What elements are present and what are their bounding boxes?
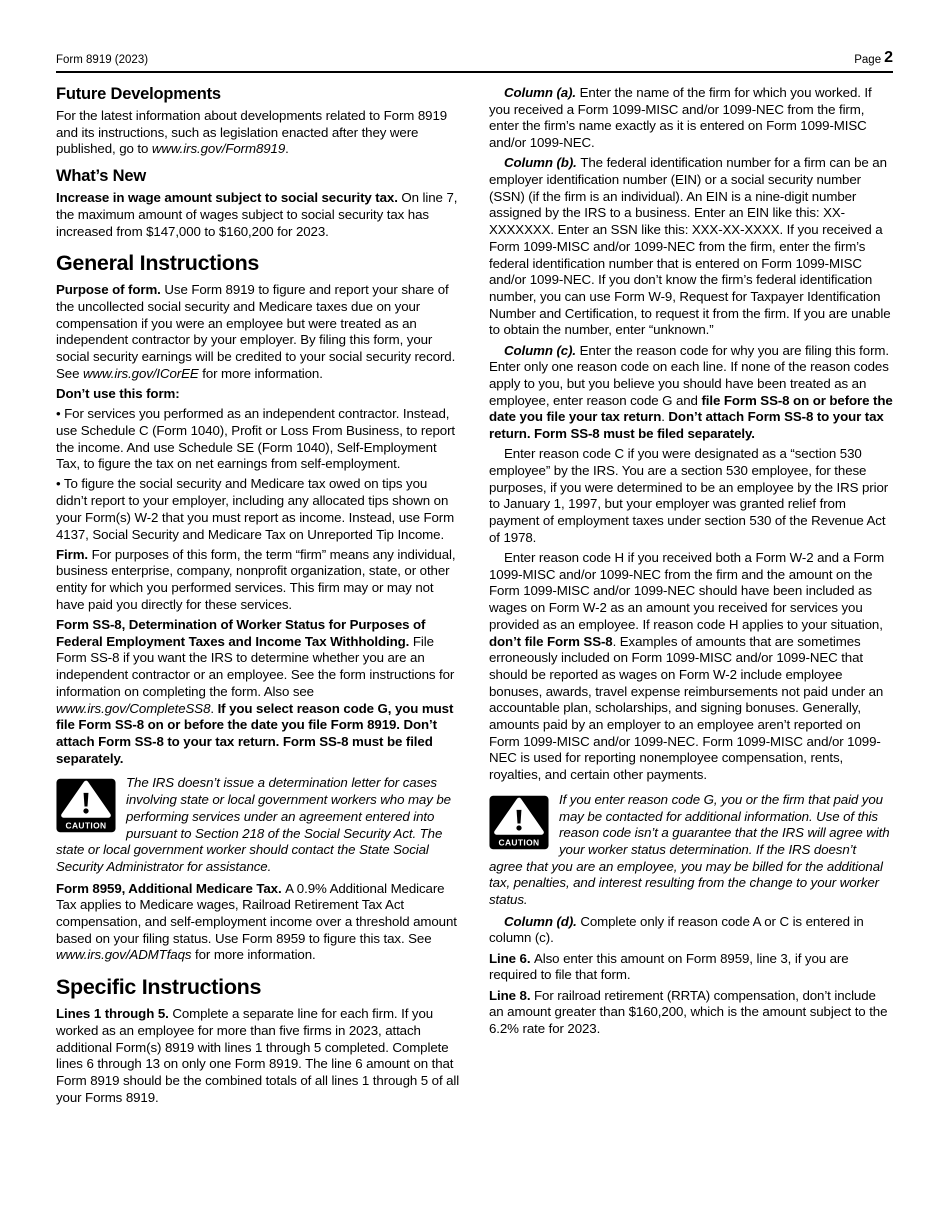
paragraph: Column (d). Complete only if reason code…	[489, 914, 893, 947]
paragraph: Column (b). The federal identification n…	[489, 155, 893, 339]
paragraph: Lines 1 through 5. Complete a separate l…	[56, 1006, 460, 1106]
text-segment: • To figure the social security and Medi…	[56, 476, 454, 541]
form-id: Form 8919 (2023)	[56, 54, 148, 66]
text-segment: For purposes of this form, the term “fir…	[56, 547, 455, 612]
url-text: www.irs.gov/CompleteSS8	[56, 701, 210, 716]
caution-note: CAUTIONIf you enter reason code G, you o…	[489, 792, 893, 909]
url-text: www.irs.gov/ICorEE	[83, 366, 199, 381]
paragraph: Form SS-8, Determination of Worker Statu…	[56, 617, 460, 767]
text-segment: • For services you performed as an indep…	[56, 406, 455, 471]
text-segment: Also enter this amount on Form 8959, lin…	[489, 951, 849, 983]
paragraph: Column (c). Enter the reason code for wh…	[489, 343, 893, 443]
paragraph: Purpose of form. Use Form 8919 to figure…	[56, 282, 460, 382]
paragraph: Form 8959, Additional Medicare Tax. A 0.…	[56, 881, 460, 965]
caution-note: CAUTIONThe IRS doesn’t issue a determina…	[56, 775, 460, 875]
paragraph: Column (a). Enter the name of the firm f…	[489, 85, 893, 152]
svg-text:CAUTION: CAUTION	[499, 837, 540, 847]
text-segment: Don’t use this form:	[56, 386, 180, 401]
text-segment: don’t file Form SS-8	[489, 634, 613, 649]
paragraph: For the latest information about develop…	[56, 108, 460, 158]
text-segment: Line 8.	[489, 988, 534, 1003]
text-segment: Form 8959, Additional Medicare Tax.	[56, 881, 285, 896]
paragraph: Enter reason code H if you received both…	[489, 550, 893, 784]
text-segment: .	[210, 701, 217, 716]
section-heading: Specific Instructions	[56, 975, 460, 1000]
page-indicator: Page 2	[854, 50, 893, 66]
paragraph: Enter reason code C if you were designat…	[489, 446, 893, 546]
paragraph: Line 8. For railroad retirement (RRTA) c…	[489, 988, 893, 1038]
paragraph: Increase in wage amount subject to socia…	[56, 190, 460, 240]
caution-icon: CAUTION	[56, 778, 116, 833]
text-segment: for more information.	[199, 366, 323, 381]
text-segment: Enter reason code H if you received both…	[489, 550, 884, 632]
text-segment: Column (c).	[504, 343, 580, 358]
page-number: 2	[884, 50, 893, 66]
section-heading: General Instructions	[56, 251, 460, 276]
paragraph: Firm. For purposes of this form, the ter…	[56, 547, 460, 614]
document-page: Form 8919 (2023) Page 2 Future Developme…	[0, 0, 950, 1110]
text-segment: If you enter reason code G, you or the f…	[489, 792, 890, 907]
page-label: Page	[854, 54, 881, 66]
subsection-heading: Future Developments	[56, 85, 460, 104]
text-segment: The federal identification number for a …	[489, 155, 891, 337]
right-column: Column (a). Enter the name of the firm f…	[489, 85, 893, 1110]
page-header: Form 8919 (2023) Page 2	[56, 50, 893, 73]
text-segment: Purpose of form.	[56, 282, 164, 297]
paragraph: Line 6. Also enter this amount on Form 8…	[489, 951, 893, 984]
url-text: www.irs.gov/Form8919	[152, 141, 285, 156]
text-segment: Column (d).	[504, 914, 580, 929]
text-segment: Enter reason code C if you were designat…	[489, 446, 888, 545]
svg-text:CAUTION: CAUTION	[66, 821, 107, 831]
paragraph: Don’t use this form:	[56, 386, 460, 403]
text-segment: for more information.	[191, 947, 315, 962]
text-segment: Line 6.	[489, 951, 534, 966]
text-segment: .	[285, 141, 289, 156]
text-segment: Column (a).	[504, 85, 580, 100]
text-segment: Form SS-8, Determination of Worker Statu…	[56, 617, 425, 649]
paragraph: • To figure the social security and Medi…	[56, 476, 460, 543]
text-segment: Firm.	[56, 547, 92, 562]
text-segment: Increase in wage amount subject to socia…	[56, 190, 401, 205]
text-segment: Column (b).	[504, 155, 580, 170]
caution-icon: CAUTION	[489, 795, 549, 850]
text-segment: . Examples of amounts that are sometimes…	[489, 634, 883, 783]
left-column: Future DevelopmentsFor the latest inform…	[56, 85, 460, 1110]
two-column-layout: Future DevelopmentsFor the latest inform…	[56, 85, 893, 1110]
text-segment: For railroad retirement (RRTA) compensat…	[489, 988, 887, 1036]
subsection-heading: What’s New	[56, 167, 460, 186]
paragraph: • For services you performed as an indep…	[56, 406, 460, 473]
text-segment: Lines 1 through 5.	[56, 1006, 172, 1021]
url-text: www.irs.gov/ADMTfaqs	[56, 947, 191, 962]
